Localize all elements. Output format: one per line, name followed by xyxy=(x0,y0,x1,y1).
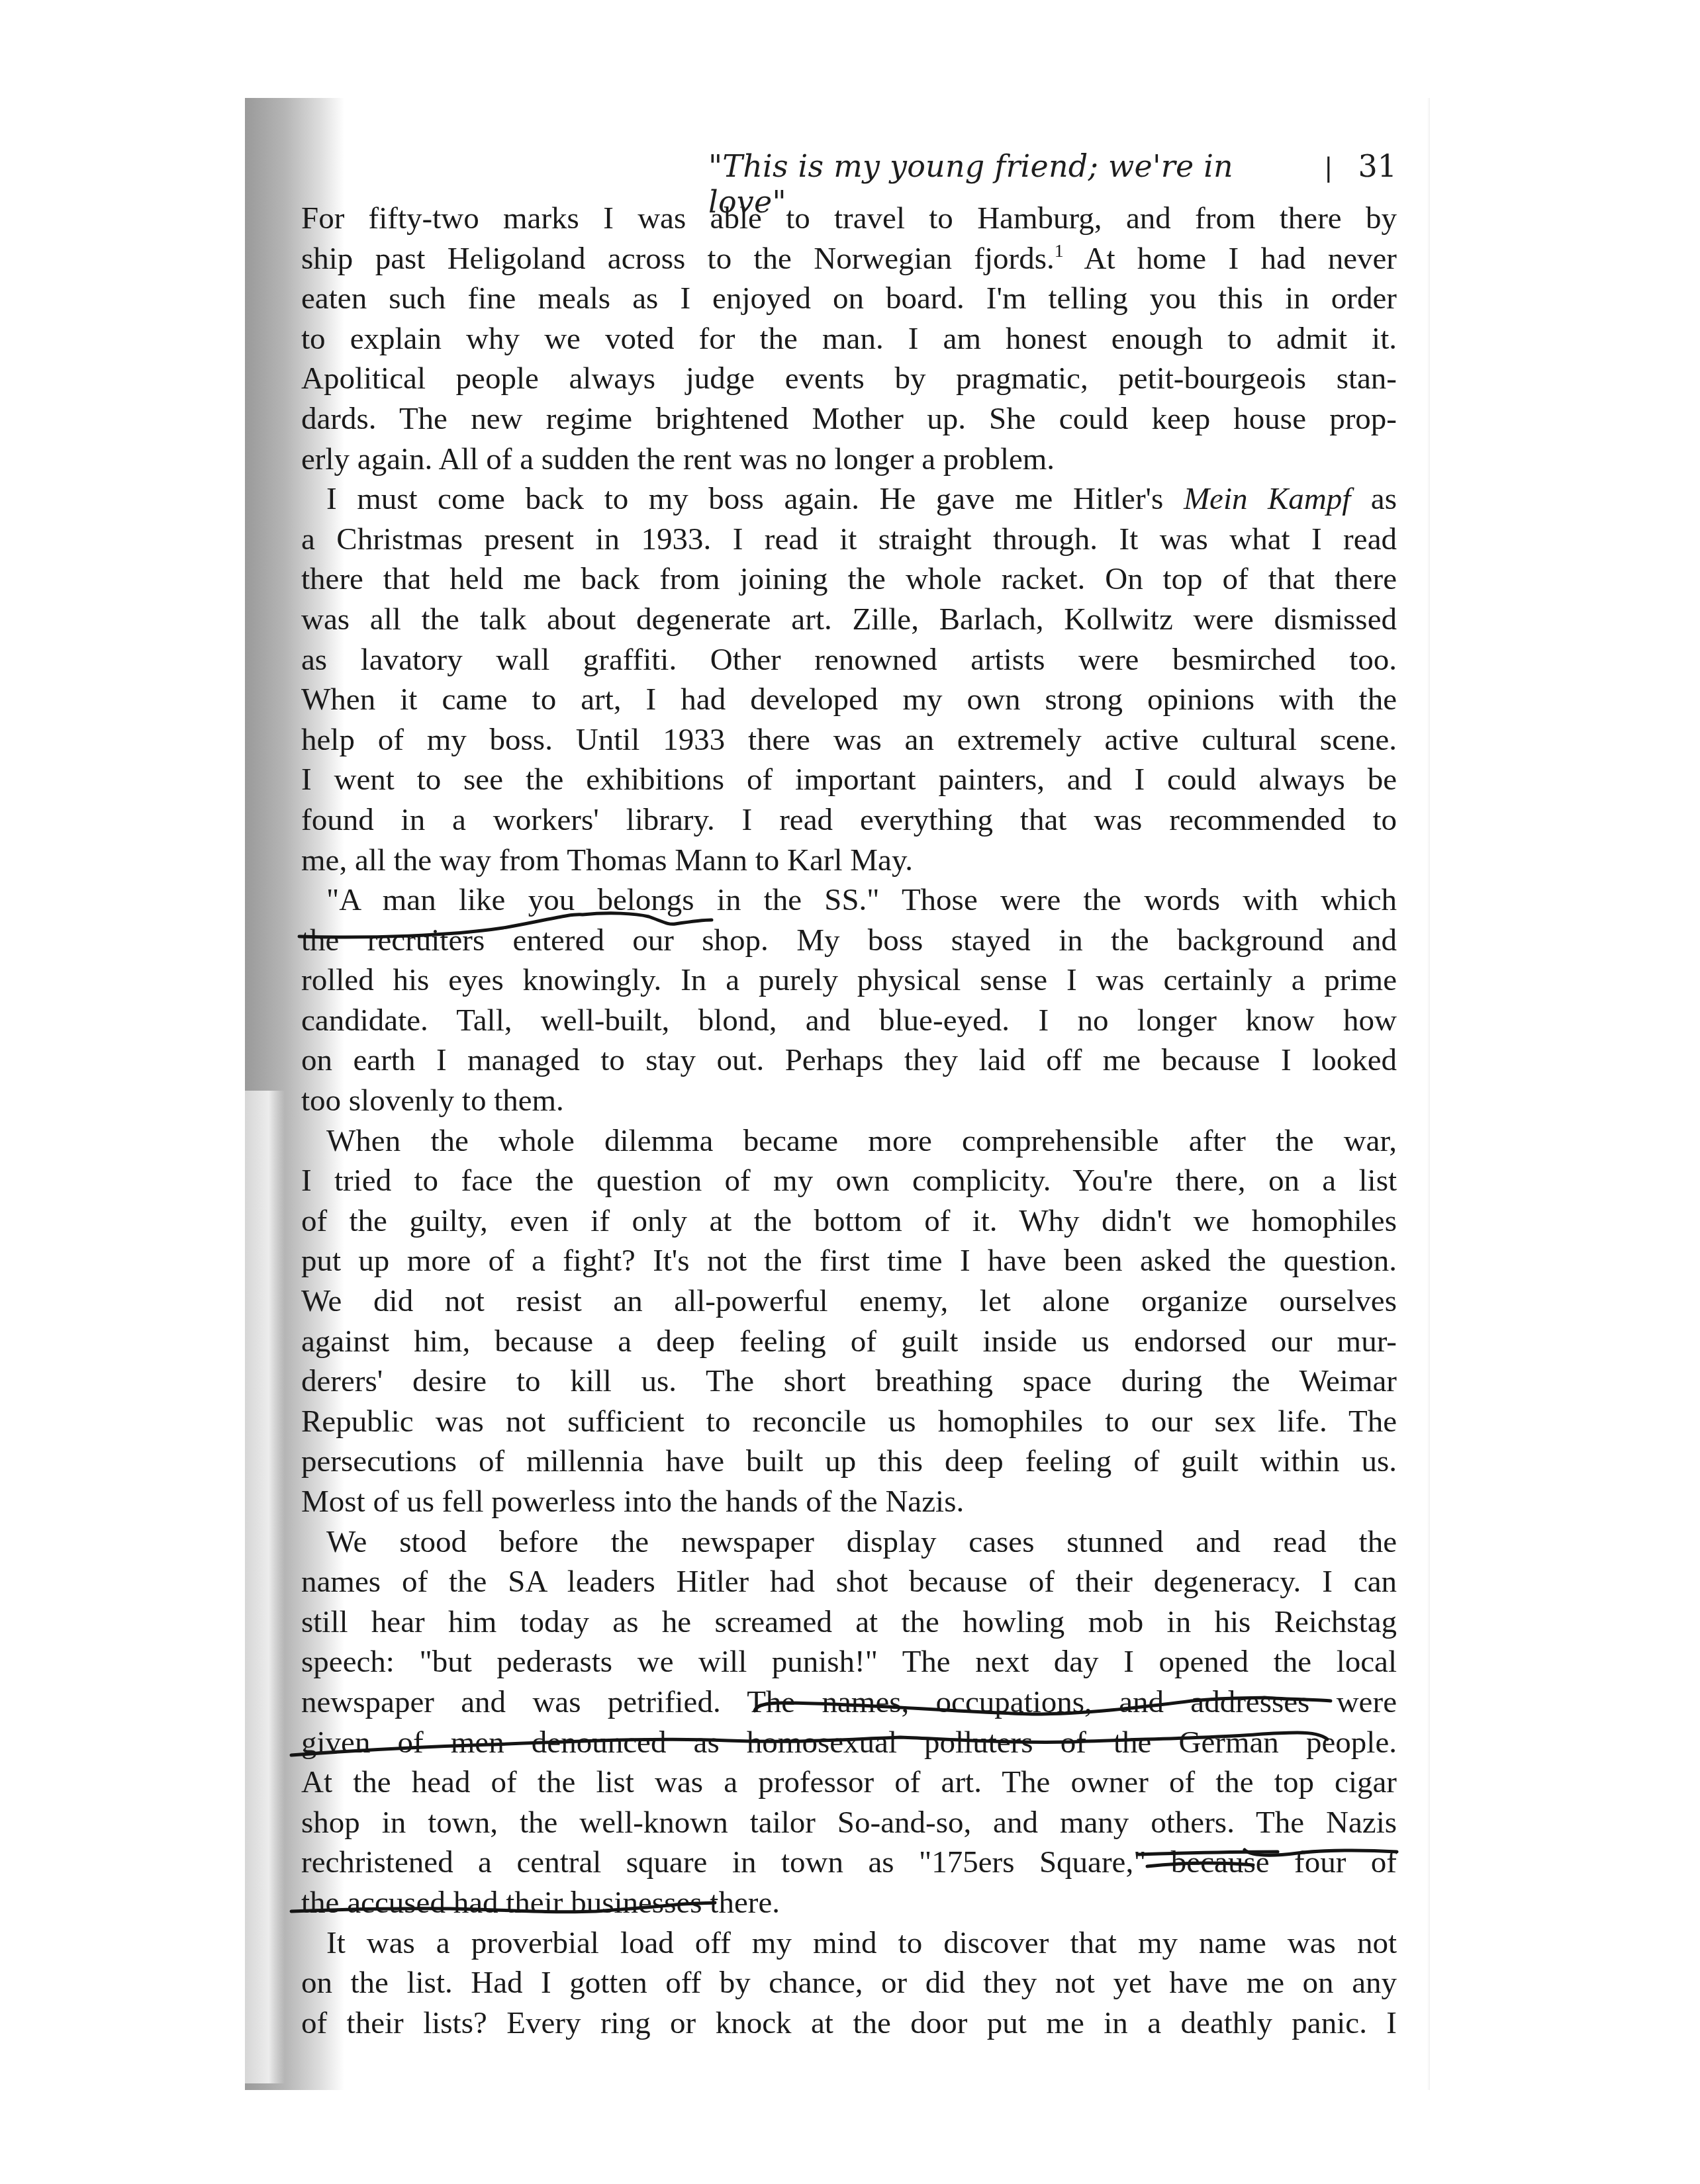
footnote-marker[interactable]: 1 xyxy=(1055,241,1064,261)
text-line: was all the talk about degenerate art. Z… xyxy=(301,600,1397,640)
text-line: candidate. Tall, well-built, blond, and … xyxy=(301,1001,1397,1041)
text-line: on the list. Had I gotten off by chance,… xyxy=(301,1963,1397,2003)
text-line: erly again. All of a sudden the rent was… xyxy=(301,439,1397,480)
text-span: as xyxy=(1350,482,1397,516)
text-line: It was a proverbial load off my mind to … xyxy=(301,1923,1397,1964)
running-head: "This is my young friend; we're in love"… xyxy=(708,148,1397,188)
page-edge xyxy=(1427,98,1430,2090)
text-line: persecutions of millennia have built up … xyxy=(301,1441,1397,1482)
text-line: I must come back to my boss again. He ga… xyxy=(301,479,1397,520)
text-line: For fifty-two marks I was able to travel… xyxy=(301,199,1397,239)
text-line: help of my boss. Until 1933 there was an… xyxy=(301,720,1397,760)
text-line: put up more of a fight? It's not the fir… xyxy=(301,1241,1397,1281)
text-line: on earth I managed to stay out. Perhaps … xyxy=(301,1040,1397,1081)
text-line: When it came to art, I had developed my … xyxy=(301,680,1397,720)
text-line: At the head of the list was a professor … xyxy=(301,1762,1397,1803)
text-line: against him, because a deep feeling of g… xyxy=(301,1322,1397,1362)
text-line: newspaper and was petrified. The names, … xyxy=(301,1682,1397,1723)
text-line: too slovenly to them. xyxy=(301,1081,1397,1121)
text-line: shop in town, the well-known tailor So-a… xyxy=(301,1803,1397,1843)
text-line: there that held me back from joining the… xyxy=(301,559,1397,600)
text-span: I must come back to my boss again. He ga… xyxy=(326,482,1184,516)
text-line: the accused had their businesses there. xyxy=(301,1883,1397,1923)
text-line: When the whole dilemma became more compr… xyxy=(301,1121,1397,1161)
text-line: "A man like you belongs in the SS." Thos… xyxy=(301,880,1397,921)
text-line: Apolitical people always judge events by… xyxy=(301,359,1397,399)
text-line: I went to see the exhibitions of importa… xyxy=(301,760,1397,800)
text-line: derers' desire to kill us. The short bre… xyxy=(301,1361,1397,1402)
book-title-italic: Mein Kampf xyxy=(1184,482,1350,516)
text-line: to explain why we voted for the man. I a… xyxy=(301,319,1397,359)
text-line: a Christmas present in 1933. I read it s… xyxy=(301,520,1397,560)
text-line: of the guilty, even if only at the botto… xyxy=(301,1201,1397,1242)
text-line: Republic was not sufficient to reconcile… xyxy=(301,1402,1397,1442)
text-line: speech: "but pederasts we will punish!" … xyxy=(301,1642,1397,1682)
gutter-shadow-lower xyxy=(245,1091,285,2083)
text-line: We did not resist an all-powerful enemy,… xyxy=(301,1281,1397,1322)
text-line: We stood before the newspaper display ca… xyxy=(301,1522,1397,1563)
text-span: At home I had never xyxy=(1064,242,1397,276)
text-line: rechristened a central square in town as… xyxy=(301,1843,1397,1883)
text-line: as lavatory wall graffiti. Other renowne… xyxy=(301,640,1397,680)
text-line: dards. The new regime brightened Mother … xyxy=(301,399,1397,439)
text-line: found in a workers' library. I read ever… xyxy=(301,800,1397,841)
text-line: of their lists? Every ring or knock at t… xyxy=(301,2003,1397,2044)
header-separator: | xyxy=(1324,153,1333,183)
text-line: still hear him today as he screamed at t… xyxy=(301,1602,1397,1643)
text-line: ship past Heligoland across to the Norwe… xyxy=(301,239,1397,279)
text-line: names of the SA leaders Hitler had shot … xyxy=(301,1562,1397,1602)
text-line: I tried to face the question of my own c… xyxy=(301,1161,1397,1201)
text-line: Most of us fell powerless into the hands… xyxy=(301,1482,1397,1522)
text-line: the recruiters entered our shop. My boss… xyxy=(301,921,1397,961)
text-line: me, all the way from Thomas Mann to Karl… xyxy=(301,841,1397,881)
text-line: given of men denounced as homosexual pol… xyxy=(301,1723,1397,1763)
body-text: For fifty-two marks I was able to travel… xyxy=(301,199,1397,2043)
text-span: ship past Heligoland across to the Norwe… xyxy=(301,242,1055,276)
text-line: rolled his eyes knowingly. In a purely p… xyxy=(301,960,1397,1001)
text-line: eaten such fine meals as I enjoyed on bo… xyxy=(301,279,1397,319)
page-number: 31 xyxy=(1358,148,1397,184)
